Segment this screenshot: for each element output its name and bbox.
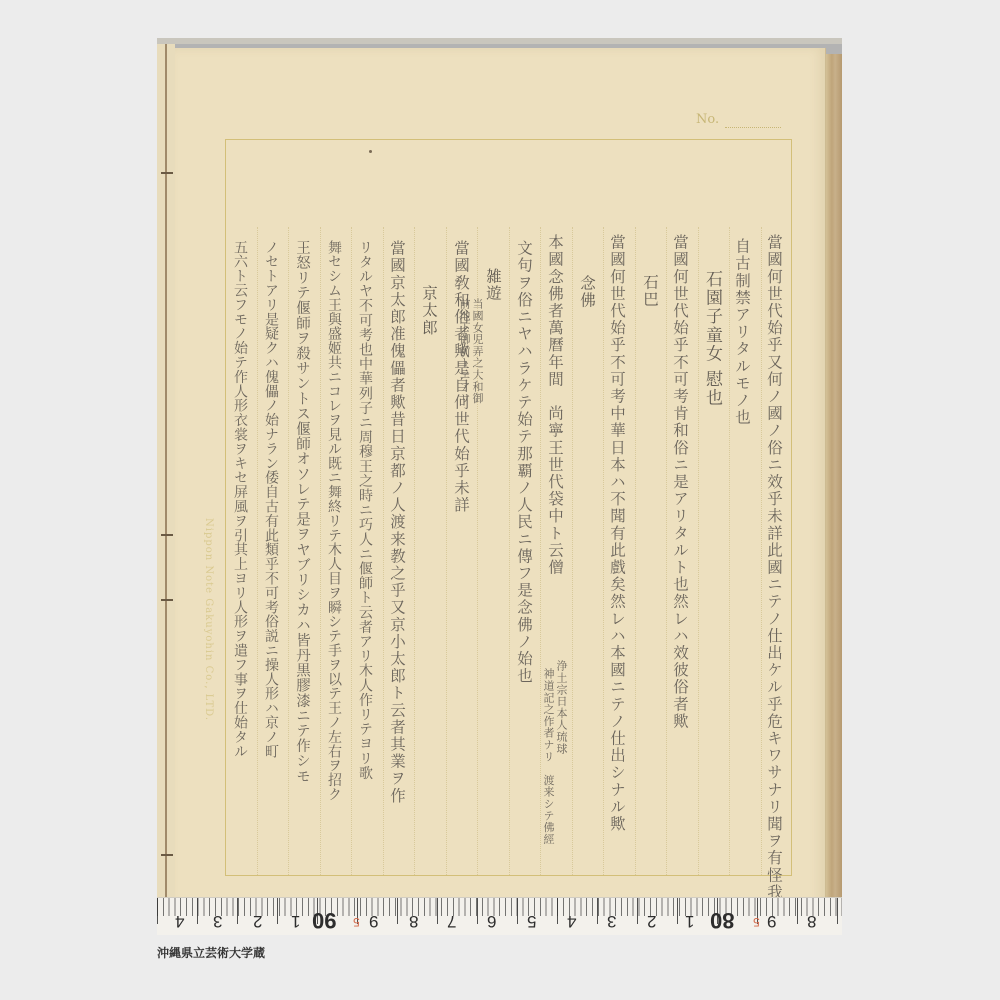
text-column: 本國念佛者萬曆年間 尚寧王世代袋中ト云僧 [544,234,566,576]
section-heading-zatsuyu: 雑遊 [482,268,504,302]
annotation-shinto: 神道記之作者ナリ 渡来シテ佛經 [542,668,555,845]
ruled-line [414,227,415,875]
ruler-label: 8 [807,911,816,931]
book-top-edge [157,38,842,44]
ruler-label: 3 [213,911,222,931]
section-heading-nenbutsu: 念佛 [576,275,598,309]
notebook-page: Nippon Note Gakuyohin Co., LTD. No. 當 [175,48,826,907]
measurement-ruler: 4 3 2 1 90 5 9 8 7 6 5 4 3 2 1 80 5 9 8 [157,897,842,935]
ruled-line [509,227,510,875]
ruled-line [603,227,604,875]
text-column: 當國何世代始乎不可考肯和俗ニ是アリタルト也然レハ效彼俗者歟 [669,234,691,730]
ruled-line [540,227,541,875]
section-heading-ishitomoe: 石巴 [639,274,661,308]
ruler-label: 5 [527,911,536,931]
text-column: 自古制禁アリタルモノ也 [731,238,753,426]
section-heading-kyotaro: 京太郎 [418,285,440,336]
ruled-line [572,227,573,875]
ruler-label: 4 [567,911,576,931]
text-column: 文句ヲ俗ニヤハラケテ始テ那覇ノ人民ニ傳フ是念佛ノ始也 [513,240,535,685]
manuscript-photo: Nippon Note Gakuyohin Co., LTD. No. 當 [157,38,842,935]
ruler-label-half: 5 [753,915,760,929]
ruled-line [761,227,762,875]
ruled-line [257,227,258,875]
binding-leaf [157,44,175,904]
ruled-line [666,227,667,875]
text-column: 五六ト云フモノ始テ作人形衣裳ヲキセ屏風ヲ引其上ヨリ人形ヲ遣フ事ヲ仕始タル [229,240,251,758]
section-heading-ishinado: 石園子童女 慰也 [701,270,723,407]
ruler-label: 4 [175,911,184,931]
ruler-label: 9 [369,911,378,931]
annotation-jodo: 浄土宗日本人琉球 [555,660,568,754]
ruled-line [635,227,636,875]
ruler-label: 6 [487,911,496,931]
text-column: ノセトアリ是疑クハ傀儡ノ始ナラン倭自古有此類乎不可考俗説ニ操人形ハ京ノ町 [260,240,282,758]
text-column: リタルヤ不可考也中華列子ニ周穆王之時ニ巧人ニ偃師ト云者アリ木人作リテヨリ歌 [354,240,376,780]
ruler-label: 2 [253,911,262,931]
ruler-label: 7 [447,911,456,931]
writing-frame: 當國何世代始乎又何ノ國ノ俗ニ效乎未詳此國ニテノ仕出ケル乎危キワサナリ聞ヲ有怪我 … [225,139,792,876]
page-number-label: No. [696,112,719,127]
ruler-label-major: 90 [312,907,336,933]
book-page-edges [825,54,842,906]
text-column: 當國何世代始乎不可考中華日本ハ不聞有此戲矣然レハ本國ニテノ仕出シナル歟 [606,234,628,833]
text-column: 當國敎和俗者歟是自何世代始乎未詳 [450,240,472,514]
ruled-line [351,227,352,875]
binding-stitch [161,534,173,536]
ruler-label: 2 [647,911,656,931]
text-column: 當國京太郎准傀儡者歟昔日京都ノ人渡来教之乎又京小太郎ト云者其業ヲ作 [386,240,408,804]
ruler-label: 8 [409,911,418,931]
ruled-line [729,227,730,875]
ruler-label-half: 5 [353,915,360,929]
text-column: 當國何世代始乎又何ノ國ノ俗ニ效乎未詳此國ニテノ仕出ケル乎危キワサナリ聞ヲ有怪我 [763,234,785,901]
binding-stitch [161,599,173,601]
ruled-line [698,227,699,875]
binding-stitch [161,172,173,174]
ruler-label: 1 [291,911,300,931]
text-column: 王怒リテ偃師ヲ殺サントス偃師オソレテ是ヲヤブリシカハ皆丹黒膠漆ニテ作シモ [291,240,313,784]
ruled-line [446,227,447,875]
annotation-zatsuyu-1: 当國女児弄之大和御 [471,298,484,404]
text-column: 舞セシム王與盛姬共ニコレヲ見ル既ニ舞終リテ木人目ヲ瞬シテ手ヲ以テ王ノ左右ヲ招ク [323,240,345,802]
ruler-label: 9 [767,911,776,931]
margin-imprint: Nippon Note Gakuyohin Co., LTD. [203,518,214,721]
ruler-label: 3 [607,911,616,931]
ruler-label-major: 80 [710,907,734,933]
ink-dot [369,150,372,153]
binding-stitch [161,854,173,856]
collection-credit: 沖縄県立芸術大学蔵 [157,944,265,961]
ruler-label: 1 [685,911,694,931]
ruled-line [288,227,289,875]
ruled-line [320,227,321,875]
page-number-blank [725,127,781,128]
ruled-line [383,227,384,875]
